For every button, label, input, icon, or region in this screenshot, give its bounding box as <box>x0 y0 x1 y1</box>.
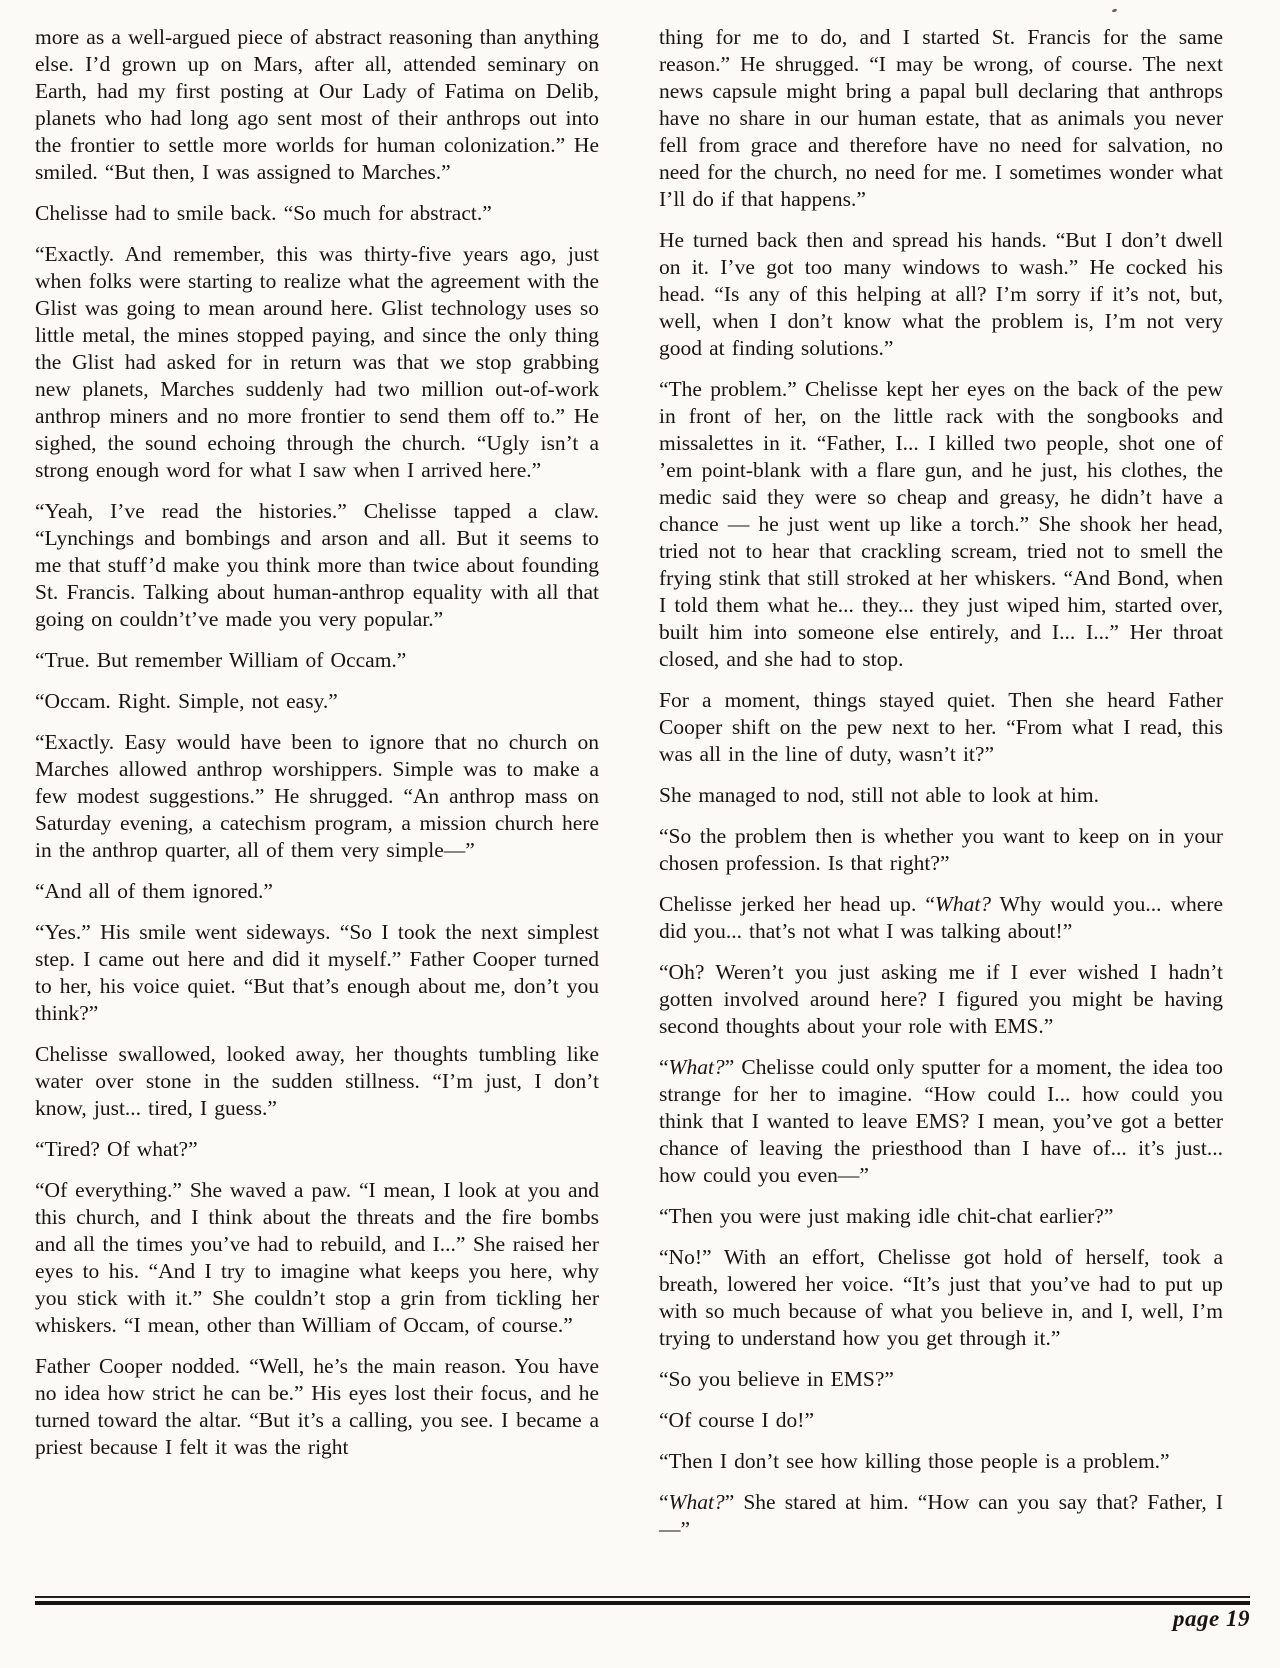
footer-rule-thick <box>35 1601 1250 1605</box>
paragraph: “Exactly. Easy would have been to ignore… <box>35 729 599 864</box>
left-column: more as a well-argued piece of abstract … <box>35 24 599 1557</box>
paragraph: “Exactly. And remember, this was thirty-… <box>35 241 599 484</box>
paragraph: “Oh? Weren’t you just asking me if I eve… <box>659 959 1223 1040</box>
body-text: “So the problem then is whether you want… <box>659 824 1223 875</box>
emphasized-text: What? <box>669 1055 725 1079</box>
body-text: ” Chelisse could only sputter for a mome… <box>659 1055 1223 1187</box>
paragraph: “Yeah, I’ve read the histories.” Cheliss… <box>35 498 599 633</box>
body-text: “ <box>659 1055 669 1079</box>
body-text: “Exactly. And remember, this was thirty-… <box>35 242 599 482</box>
paragraph: “The problem.” Chelisse kept her eyes on… <box>659 376 1223 673</box>
paragraph: “And all of them ignored.” <box>35 878 599 905</box>
paragraph: He turned back then and spread his hands… <box>659 227 1223 362</box>
scan-speck <box>1112 8 1118 13</box>
body-text: “Yeah, I’ve read the histories.” Cheliss… <box>35 499 599 631</box>
paragraph: “True. But remember William of Occam.” <box>35 647 599 674</box>
body-text: more as a well-argued piece of abstract … <box>35 25 599 184</box>
body-text: He turned back then and spread his hands… <box>659 228 1223 360</box>
paragraph: Chelisse had to smile back. “So much for… <box>35 200 599 227</box>
text-columns: more as a well-argued piece of abstract … <box>35 24 1223 1557</box>
paragraph: Chelisse jerked her head up. “What? Why … <box>659 891 1223 945</box>
body-text: “Yes.” His smile went sideways. “So I to… <box>35 920 599 1025</box>
paragraph: “Occam. Right. Simple, not easy.” <box>35 688 599 715</box>
body-text: “True. But remember William of Occam.” <box>35 648 406 672</box>
emphasized-text: What? <box>669 1490 725 1514</box>
body-text: “Of course I do!” <box>659 1408 814 1432</box>
paragraph: “Then you were just making idle chit-cha… <box>659 1203 1223 1230</box>
paragraph: more as a well-argued piece of abstract … <box>35 24 599 186</box>
paragraph: “Then I don’t see how killing those peop… <box>659 1448 1223 1475</box>
paragraph: She managed to nod, still not able to lo… <box>659 782 1223 809</box>
body-text: Father Cooper nodded. “Well, he’s the ma… <box>35 1354 599 1459</box>
body-text: Chelisse had to smile back. “So much for… <box>35 201 492 225</box>
body-text: “Then I don’t see how killing those peop… <box>659 1449 1170 1473</box>
right-column: thing for me to do, and I started St. Fr… <box>659 24 1223 1557</box>
paragraph: “Tired? Of what?” <box>35 1136 599 1163</box>
paragraph: thing for me to do, and I started St. Fr… <box>659 24 1223 213</box>
footer-rule-thin <box>35 1596 1250 1598</box>
body-text: thing for me to do, and I started St. Fr… <box>659 25 1223 211</box>
paragraph: “So the problem then is whether you want… <box>659 823 1223 877</box>
body-text: “No!” With an effort, Chelisse got hold … <box>659 1245 1223 1350</box>
paragraph: “What?” She stared at him. “How can you … <box>659 1489 1223 1543</box>
body-text: “Of everything.” She waved a paw. “I mea… <box>35 1178 599 1337</box>
body-text: “Tired? Of what?” <box>35 1137 198 1161</box>
body-text: She managed to nod, still not able to lo… <box>659 783 1099 807</box>
body-text: ” She stared at him. “How can you say th… <box>659 1490 1223 1541</box>
body-text: “The problem.” Chelisse kept her eyes on… <box>659 377 1223 671</box>
document-page: more as a well-argued piece of abstract … <box>0 0 1280 1668</box>
paragraph: “Of everything.” She waved a paw. “I mea… <box>35 1177 599 1339</box>
paragraph: For a moment, things stayed quiet. Then … <box>659 687 1223 768</box>
body-text: Chelisse jerked her head up. “ <box>659 892 935 916</box>
paragraph: “So you believe in EMS?” <box>659 1366 1223 1393</box>
paragraph: “What?” Chelisse could only sputter for … <box>659 1054 1223 1189</box>
body-text: “Oh? Weren’t you just asking me if I eve… <box>659 960 1223 1038</box>
body-text: For a moment, things stayed quiet. Then … <box>659 688 1223 766</box>
page-footer: page 19 <box>35 1596 1250 1605</box>
paragraph: “Yes.” His smile went sideways. “So I to… <box>35 919 599 1027</box>
paragraph: “No!” With an effort, Chelisse got hold … <box>659 1244 1223 1352</box>
emphasized-text: What? <box>935 892 991 916</box>
paragraph: “Of course I do!” <box>659 1407 1223 1434</box>
paragraph: Father Cooper nodded. “Well, he’s the ma… <box>35 1353 599 1461</box>
body-text: Chelisse swallowed, looked away, her tho… <box>35 1042 599 1120</box>
page-number: page 19 <box>1173 1606 1250 1632</box>
body-text: “ <box>659 1490 669 1514</box>
body-text: “And all of them ignored.” <box>35 879 273 903</box>
body-text: “Then you were just making idle chit-cha… <box>659 1204 1113 1228</box>
body-text: “Exactly. Easy would have been to ignore… <box>35 730 599 862</box>
body-text: “So you believe in EMS?” <box>659 1367 894 1391</box>
paragraph: Chelisse swallowed, looked away, her tho… <box>35 1041 599 1122</box>
body-text: “Occam. Right. Simple, not easy.” <box>35 689 338 713</box>
